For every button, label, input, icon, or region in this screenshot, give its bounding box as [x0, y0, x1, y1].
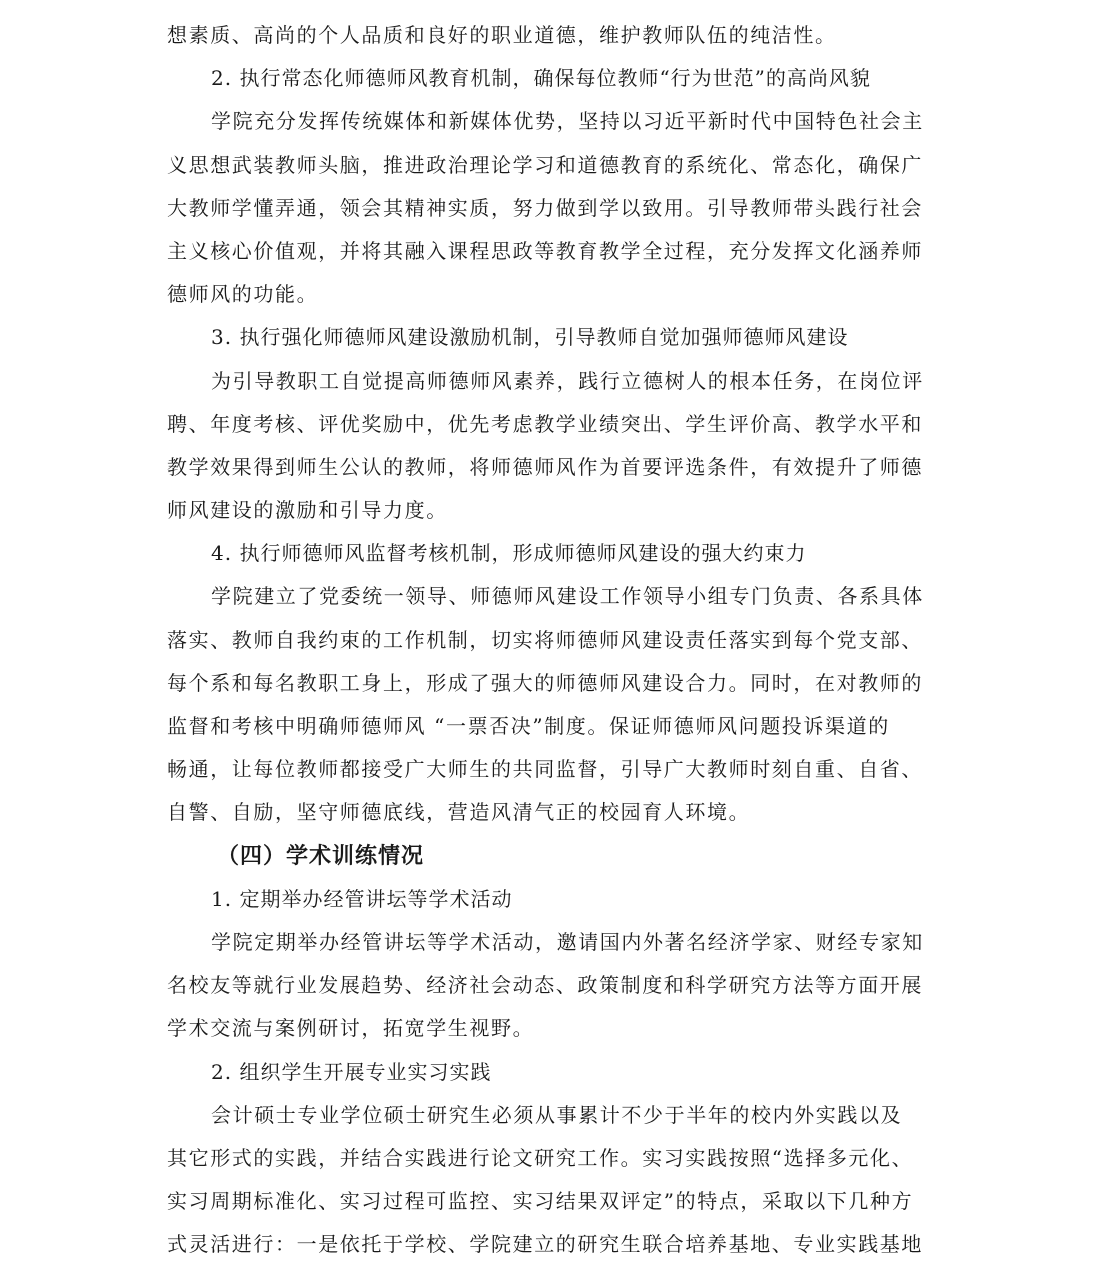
paragraph-line: 每个系和每名教职工身上，形成了强大的师德师风建设合力。同时，在对教师的 [167, 662, 937, 705]
paragraph-line: 式灵活进行：一是依托于学校、学院建立的研究生联合培养基地、专业实践基地 [167, 1223, 937, 1266]
paragraph-line: 会计硕士专业学位硕士研究生必须从事累计不少于半年的校内外实践以及 [167, 1094, 937, 1137]
paragraph-line: 其它形式的实践，并结合实践进行论文研究工作。实习实践按照“选择多元化、 [167, 1137, 937, 1180]
paragraph-line: 主义核心价值观，并将其融入课程思政等教育教学全过程，充分发挥文化涵养师 [167, 230, 937, 273]
subheading-teaching-mechanism: 2. 执行常态化师德师风教育机制，确保每位教师“行为世范”的高尚风貌 [167, 57, 937, 100]
paragraph-line: 名校友等就行业发展趋势、经济社会动态、政策制度和科学研究方法等方面开展 [167, 964, 937, 1007]
subheading-supervision-mechanism: 4. 执行师德师风监督考核机制，形成师德师风建设的强大约束力 [167, 532, 937, 575]
subheading-internship-practice: 2. 组织学生开展专业实习实践 [167, 1051, 937, 1094]
section-heading-academic-training: （四）学术训练情况 [167, 835, 937, 878]
paragraph-line: 学院充分发挥传统媒体和新媒体优势，坚持以习近平新时代中国特色社会主 [167, 100, 937, 143]
paragraph-line: 德师风的功能。 [167, 273, 937, 316]
document-page: 想素质、高尚的个人品质和良好的职业道德，维护教师队伍的纯洁性。 2. 执行常态化… [0, 0, 1102, 1284]
paragraph-line: 学院建立了党委统一领导、师德师风建设工作领导小组专门负责、各系具体 [167, 575, 937, 618]
paragraph-line: 学术交流与案例研讨，拓宽学生视野。 [167, 1007, 937, 1050]
paragraph-line: 教学效果得到师生公认的教师，将师德师风作为首要评选条件，有效提升了师德 [167, 446, 937, 489]
paragraph-line: 落实、教师自我约束的工作机制，切实将师德师风建设责任落实到每个党支部、 [167, 619, 937, 662]
subheading-academic-activities: 1. 定期举办经管讲坛等学术活动 [167, 878, 937, 921]
paragraph-line: 学院定期举办经管讲坛等学术活动，邀请国内外著名经济学家、财经专家知 [167, 921, 937, 964]
paragraph-line: 监督和考核中明确师德师风 “一票否决”制度。保证师德师风问题投诉渠道的 [167, 705, 937, 748]
paragraph-line: 义思想武装教师头脑，推进政治理论学习和道德教育的系统化、常态化，确保广 [167, 144, 937, 187]
paragraph-line: 想素质、高尚的个人品质和良好的职业道德，维护教师队伍的纯洁性。 [167, 14, 937, 57]
paragraph-line: 自警、自励，坚守师德底线，营造风清气正的校园育人环境。 [167, 791, 937, 834]
paragraph-line: 畅通，让每位教师都接受广大师生的共同监督，引导广大教师时刻自重、自省、 [167, 748, 937, 791]
paragraph-line: 大教师学懂弄通，领会其精神实质，努力做到学以致用。引导教师带头践行社会 [167, 187, 937, 230]
paragraph-line: 实习周期标准化、实习过程可监控、实习结果双评定”的特点，采取以下几种方 [167, 1180, 937, 1223]
subheading-incentive-mechanism: 3. 执行强化师德师风建设激励机制，引导教师自觉加强师德师风建设 [167, 316, 937, 359]
document-body: 想素质、高尚的个人品质和良好的职业道德，维护教师队伍的纯洁性。 2. 执行常态化… [167, 14, 937, 1266]
paragraph-line: 聘、年度考核、评优奖励中，优先考虑教学业绩突出、学生评价高、教学水平和 [167, 403, 937, 446]
paragraph-line: 师风建设的激励和引导力度。 [167, 489, 937, 532]
paragraph-line: 为引导教职工自觉提高师德师风素养，践行立德树人的根本任务，在岗位评 [167, 360, 937, 403]
